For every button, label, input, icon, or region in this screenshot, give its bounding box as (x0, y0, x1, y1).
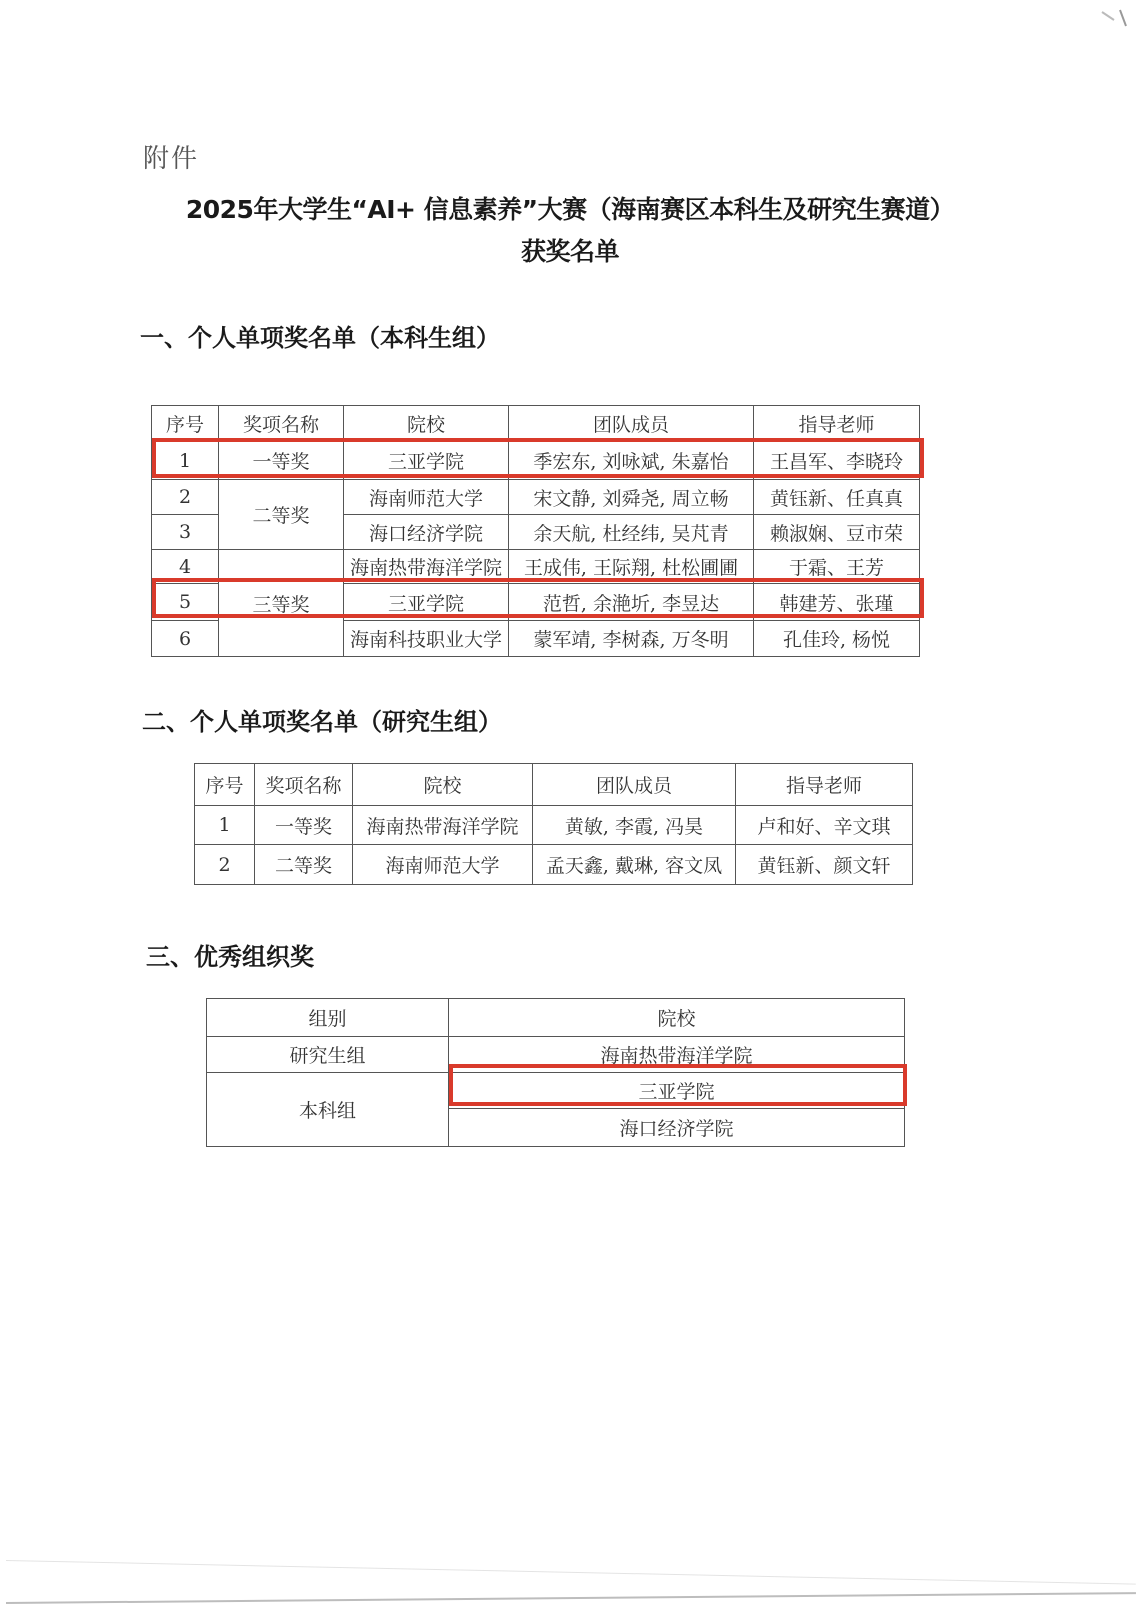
cell-group: 研究生组 (207, 1037, 449, 1073)
col-header-advisors: 指导老师 (736, 764, 913, 806)
table-row: 2 二等奖 海南师范大学 宋文静, 刘舜尧, 周立畅 黄钰新、任真真 (152, 480, 920, 515)
document-page: 附件 2025年大学生“AI+ 信息素养”大赛（海南赛区本科生及研究生赛道） 获… (0, 0, 1139, 1613)
table-row: 4 三等奖 海南热带海洋学院 王成伟, 王际翔, 杜松圃圃 于霜、王芳 (152, 550, 920, 584)
cell-advisors: 孔佳玲, 杨悦 (754, 621, 920, 657)
cell-advisors: 黄钰新、颜文轩 (736, 845, 913, 885)
col-header-school: 院校 (449, 999, 905, 1037)
table-row: 1 一等奖 海南热带海洋学院 黄敏, 李霞, 冯昊 卢和好、辛文琪 (195, 806, 913, 845)
cell-advisors: 卢和好、辛文琪 (736, 806, 913, 845)
cell-members: 宋文静, 刘舜尧, 周立畅 (509, 480, 754, 515)
cell-members: 黄敏, 李霞, 冯昊 (533, 806, 736, 845)
cell-no: 5 (152, 584, 219, 621)
cell-members: 范哲, 余滟圻, 李昱达 (509, 584, 754, 621)
cell-members: 蒙军靖, 李树森, 万冬明 (509, 621, 754, 657)
col-header-advisors: 指导老师 (754, 406, 920, 442)
col-header-no: 序号 (152, 406, 219, 442)
cell-no: 2 (152, 480, 219, 515)
cell-no: 6 (152, 621, 219, 657)
scan-edge-line (6, 1560, 1136, 1585)
cell-award: 一等奖 (255, 806, 353, 845)
table-header-row: 组别 院校 (207, 999, 905, 1037)
cell-members: 王成伟, 王际翔, 杜松圃圃 (509, 550, 754, 584)
col-header-school: 院校 (353, 764, 533, 806)
cell-school: 三亚学院 (344, 442, 509, 480)
cell-award: 二等奖 (219, 480, 344, 550)
cell-school: 海口经济学院 (449, 1109, 905, 1147)
col-header-members: 团队成员 (533, 764, 736, 806)
col-header-school: 院校 (344, 406, 509, 442)
table-header-row: 序号 奖项名称 院校 团队成员 指导老师 (152, 406, 920, 442)
document-subtitle: 获奖名单 (100, 232, 1040, 272)
cell-no: 4 (152, 550, 219, 584)
organization-award-table: 组别 院校 研究生组 海南热带海洋学院 本科组 三亚学院 海口经济学院 (206, 998, 905, 1147)
graduate-award-table: 序号 奖项名称 院校 团队成员 指导老师 1 一等奖 海南热带海洋学院 黄敏, … (194, 763, 913, 885)
col-header-award: 奖项名称 (219, 406, 344, 442)
cell-advisors: 韩建芳、张瑾 (754, 584, 920, 621)
cell-school: 三亚学院 (344, 584, 509, 621)
cell-members: 余天航, 杜经纬, 吴芃青 (509, 515, 754, 550)
cell-group: 本科组 (207, 1073, 449, 1147)
cell-advisors: 黄钰新、任真真 (754, 480, 920, 515)
table-row: 本科组 三亚学院 (207, 1073, 905, 1109)
cell-school: 海南热带海洋学院 (449, 1037, 905, 1073)
cell-school: 海南师范大学 (344, 480, 509, 515)
col-header-no: 序号 (195, 764, 255, 806)
table-row: 2 二等奖 海南师范大学 孟天鑫, 戴琳, 容文凤 黄钰新、颜文轩 (195, 845, 913, 885)
col-header-group: 组别 (207, 999, 449, 1037)
scan-artifact-icon (1100, 8, 1130, 30)
cell-school: 三亚学院 (449, 1073, 905, 1109)
table-row: 1 一等奖 三亚学院 季宏东, 刘咏斌, 朱嘉怡 王昌军、李晓玲 (152, 442, 920, 480)
cell-award: 三等奖 (219, 550, 344, 657)
cell-members: 孟天鑫, 戴琳, 容文凤 (533, 845, 736, 885)
cell-no: 2 (195, 845, 255, 885)
cell-members: 季宏东, 刘咏斌, 朱嘉怡 (509, 442, 754, 480)
col-header-members: 团队成员 (509, 406, 754, 442)
cell-advisors: 赖淑娴、豆市荣 (754, 515, 920, 550)
table-header-row: 序号 奖项名称 院校 团队成员 指导老师 (195, 764, 913, 806)
section1-heading: 一、个人单项奖名单（本科生组） (140, 318, 500, 353)
document-title: 2025年大学生“AI+ 信息素养”大赛（海南赛区本科生及研究生赛道） (100, 190, 1040, 230)
cell-no: 1 (195, 806, 255, 845)
cell-no: 3 (152, 515, 219, 550)
section2-heading: 二、个人单项奖名单（研究生组） (142, 702, 502, 737)
col-header-award: 奖项名称 (255, 764, 353, 806)
cell-no: 1 (152, 442, 219, 480)
section3-heading: 三、优秀组织奖 (146, 937, 314, 972)
cell-school: 海南热带海洋学院 (353, 806, 533, 845)
cell-advisors: 王昌军、李晓玲 (754, 442, 920, 480)
cell-advisors: 于霜、王芳 (754, 550, 920, 584)
undergrad-award-table: 序号 奖项名称 院校 团队成员 指导老师 1 一等奖 三亚学院 季宏东, 刘咏斌… (151, 405, 920, 657)
scan-edge-line (6, 1592, 1136, 1604)
cell-school: 海南科技职业大学 (344, 621, 509, 657)
cell-school: 海口经济学院 (344, 515, 509, 550)
cell-school: 海南热带海洋学院 (344, 550, 509, 584)
cell-award: 一等奖 (219, 442, 344, 480)
table-row: 研究生组 海南热带海洋学院 (207, 1037, 905, 1073)
cell-school: 海南师范大学 (353, 845, 533, 885)
attachment-label: 附件 (143, 138, 199, 175)
cell-award: 二等奖 (255, 845, 353, 885)
